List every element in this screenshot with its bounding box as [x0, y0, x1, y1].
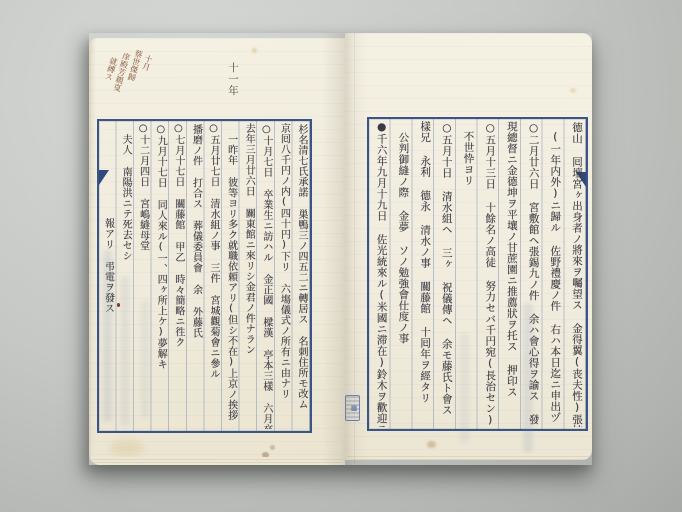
gutter-shadow: [322, 33, 368, 465]
text-column: ○七月十七日 關藤館 甲乙 時々簡略ニ徃ク: [169, 123, 187, 429]
text-column: ○五月十三日 十餘名ノ高徒 努力セバ千円宛(長治セン): [478, 122, 500, 427]
text-column: 現總督ニ金德坤ヲ平壤ノ甘蔗園ニ推薦狀ヲ托ス 押印ス: [500, 121, 522, 427]
text-column: ○九月十七日 同人來ル(一、四ヶ所上ケ)夢解キ: [152, 124, 170, 429]
foxing-spot: [117, 303, 120, 307]
ink-showthrough: [460, 333, 469, 443]
right-page: 德山 囘壇宮ヶ出身者ノ將來ヲ囑望ス 金得翼(丧夫性)張結盟 (一年内外)ニ歸ル …: [345, 33, 592, 460]
ink-showthrough: [141, 300, 149, 418]
foxing-spot: [427, 441, 436, 448]
foxing-spot: [570, 88, 576, 93]
ink-showthrough: [523, 303, 533, 453]
handwritten-text-right: 德山 囘壇宮ヶ出身者ノ將來ヲ囑望ス 金得翼(丧夫性)張結盟 (一年内外)ニ歸ル …: [370, 121, 587, 427]
text-column: 播磨ノ件 打合ス 葬儀委員會 余 外藤氏: [187, 124, 205, 429]
text-column: 去年三月廿六日 關東館ニ來リシ金君ノ件ナラン: [240, 123, 258, 429]
ink-showthrough: [103, 250, 112, 422]
text-column: 樣兄 永利 德永 清水ノ事 關藤館 十囘年ヲ經タリ: [413, 121, 435, 427]
text-column: 德山 囘壇宮ヶ出身者ノ將來ヲ囑望ス 金得翼(丧夫性)張結盟: [565, 122, 587, 427]
stain: [110, 440, 144, 456]
text-column: ○十月七日 卒業生ニ訪ハル 金正國 樑漢 亭本三樣 六月卒: [257, 124, 275, 429]
page-stack-edge: [91, 457, 343, 465]
text-column: 一昨年 彼等ヨリ多ク就職依頼アリ(但シ不在)上京ノ挨拶: [222, 124, 240, 429]
manuscript-book: 十月 蔡世傑歸 庠殿芳親㕝 就縛ス 十一年 杉名清七氏承諾 巣鴨三ノ四五二ニ轉居…: [89, 33, 592, 465]
text-column: 公判御縫ノ際 金夢 ソノ勉強會仕度ノ事: [392, 122, 414, 427]
margin-note: 十月 蔡世傑歸 庠殿芳親㕝 就縛ス: [89, 40, 155, 127]
text-column: (一年内外)ニ歸ル 佐野禮慶ノ件 右ハ本日迄ニ申出ヅ: [544, 121, 566, 427]
text-column: ●千六年九月十九日 佐光統來ル(米國ニ滞在)鈴木ヲ歡迎ス: [370, 121, 392, 427]
page-stack-edge: [347, 454, 590, 460]
handwritten-text-left: 杉名清七氏承諾 巣鴨三ノ四五二ニ轉居ス 名刺住所モ改ム 京囘八千円ノ内(四十円)…: [99, 123, 310, 429]
left-page: 十月 蔡世傑歸 庠殿芳親㕝 就縛ス 十一年 杉名清七氏承諾 巣鴨三ノ四五二ニ轉居…: [89, 38, 345, 465]
text-column: ○五月十日 清水組ヘ 三ヶ 祝儀傳ヘ 余モ藤氏ト會ス: [435, 122, 457, 427]
year-label: 十一年: [226, 62, 239, 106]
text-column: ○五月廿七日 清水組ノ事 三件 宮城觀菊會ニ參ル: [204, 123, 222, 429]
text-column: 京囘八千円ノ内(四十円)下リ 六塲儀式ノ所有ニ由ナリ: [275, 123, 293, 429]
text-column: 杉名清七氏承諾 巣鴨三ノ四五二ニ轉居ス 名刺住所モ改ム: [292, 124, 310, 429]
foxing-spot: [252, 48, 257, 53]
foxing-spot: [270, 445, 275, 450]
ink-showthrough: [121, 276, 129, 426]
